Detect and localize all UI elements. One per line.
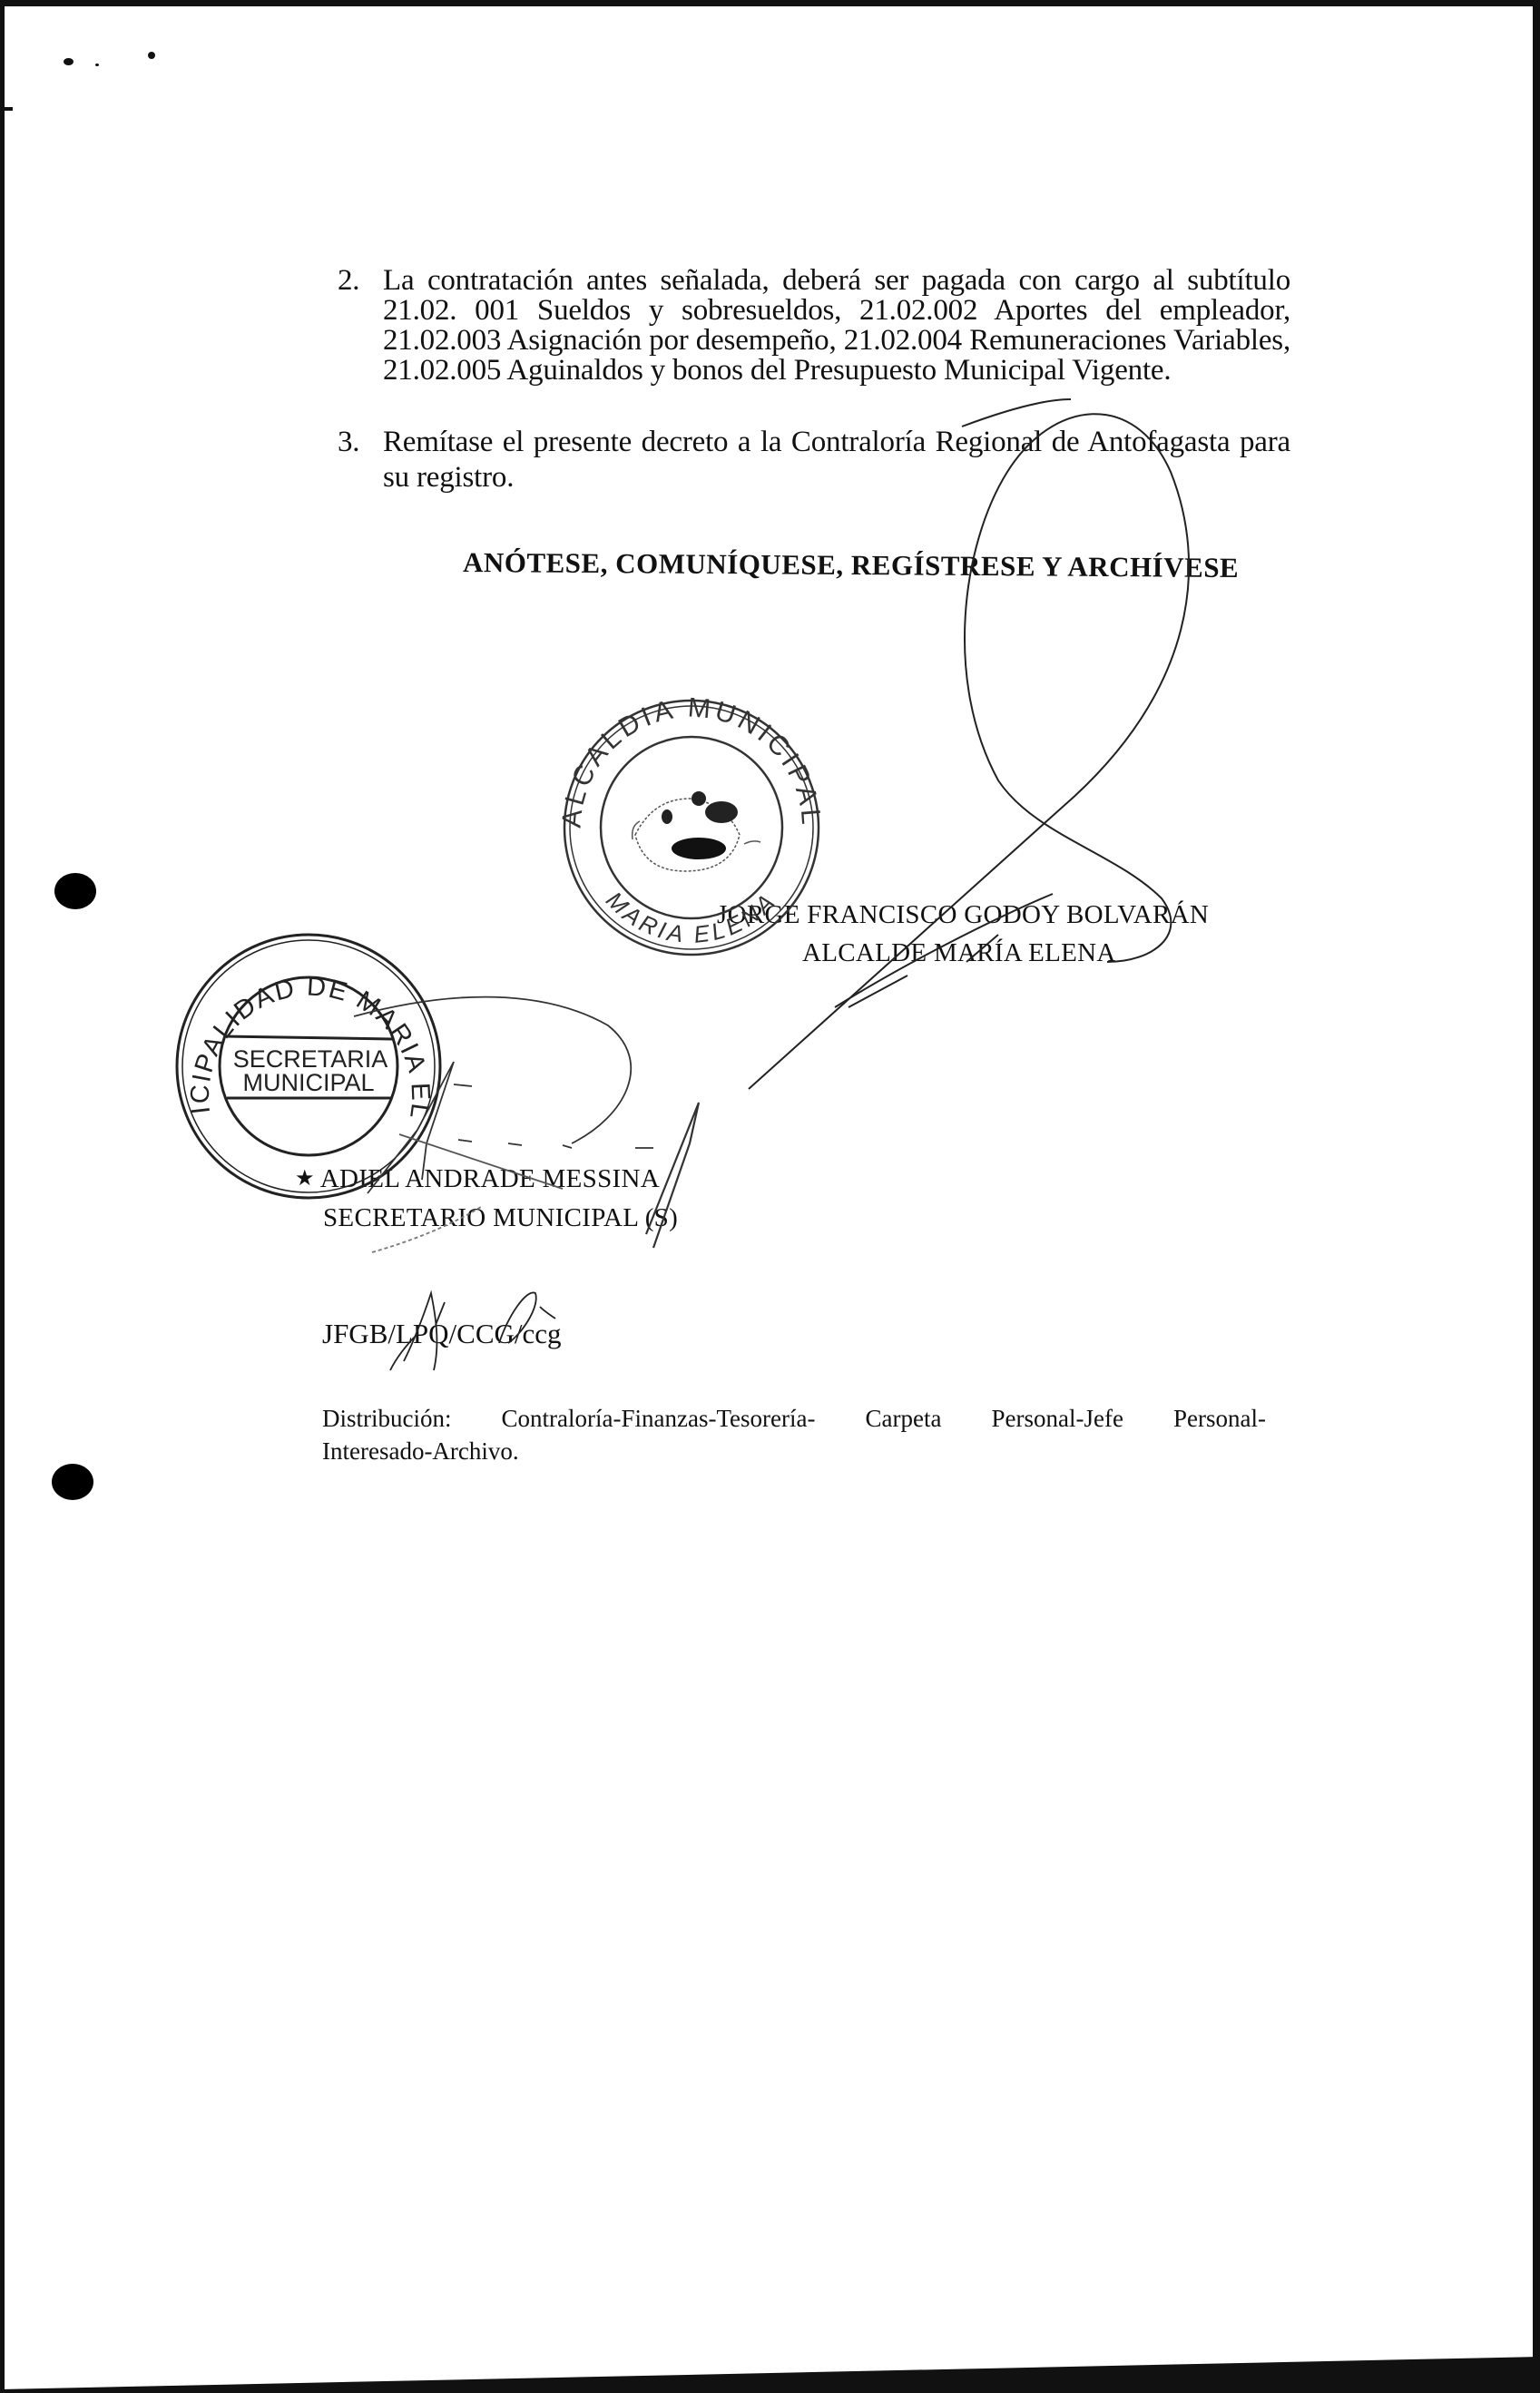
distribution-label: Distribución: bbox=[322, 1402, 452, 1435]
scan-border-top bbox=[0, 0, 1540, 6]
scan-border-bottom bbox=[0, 2357, 1540, 2393]
item-body: La contratación antes señalada, deberá s… bbox=[383, 265, 1290, 385]
star-icon: ★ bbox=[295, 1167, 315, 1191]
scan-border-left bbox=[0, 0, 5, 2393]
signatory-secretary-name: ★ ADIEL ANDRADE MESSINA bbox=[295, 1164, 660, 1194]
item-body: Remítase el presente decreto a la Contra… bbox=[383, 427, 1290, 492]
secretaria-stamp-line1: SECRETARIA bbox=[233, 1045, 388, 1073]
mayor-signature bbox=[749, 399, 1189, 1089]
alcaldia-stamp-top-text: ALCALDIA MUNICIPAL bbox=[557, 692, 827, 829]
closing-formula: ANÓTESE, COMUNÍQUESE, REGÍSTRESE Y ARCHÍ… bbox=[463, 546, 1239, 584]
secretaria-stamp-ring-text: MUNICIPALIDAD DE MARIA ELENA bbox=[0, 0, 435, 1122]
coat-of-arms-icon bbox=[633, 791, 760, 871]
item-number: 3. bbox=[338, 427, 374, 457]
secretaria-stamp-line2: MUNICIPAL bbox=[242, 1069, 374, 1096]
item-number: 2. bbox=[338, 265, 374, 296]
scan-speck bbox=[95, 64, 99, 66]
reference-initials: JFGB/LPQ/CCG/ccg bbox=[322, 1318, 562, 1350]
item-line: Remítase el presente decreto a la Contra… bbox=[383, 427, 1290, 456]
item-line: su registro. bbox=[383, 462, 1290, 492]
item-line: 21.02.003 Asignación por desempeño, 21.0… bbox=[383, 325, 1290, 355]
distribution-row: Interesado-Archivo. bbox=[322, 1435, 1266, 1467]
scan-speck bbox=[148, 52, 155, 59]
signatory-mayor-name: JORGE FRANCISCO GODOY BOLVARÁN bbox=[717, 900, 1209, 930]
item-line: La contratación antes señalada, deberá s… bbox=[383, 265, 1290, 295]
item-line: 21.02. 001 Sueldos y sobresueldos, 21.02… bbox=[383, 295, 1290, 325]
secretaria-stamp bbox=[177, 935, 440, 1198]
scan-mark bbox=[4, 107, 13, 111]
signatory-secretary-title: SECRETARIO MUNICIPAL (S) bbox=[323, 1203, 678, 1233]
hole-punch-icon bbox=[54, 873, 96, 909]
scan-border-right bbox=[1533, 0, 1540, 2393]
signatory-mayor-title: ALCALDE MARÍA ELENA bbox=[802, 938, 1116, 968]
distribution-list: Distribución: Contraloría-Finanzas-Tesor… bbox=[322, 1402, 1266, 1467]
distribution-row: Distribución: Contraloría-Finanzas-Tesor… bbox=[322, 1402, 1266, 1435]
scan-speck bbox=[64, 58, 74, 65]
item-line: 21.02.005 Aguinaldos y bonos del Presupu… bbox=[383, 355, 1290, 385]
hole-punch-icon bbox=[52, 1464, 93, 1500]
